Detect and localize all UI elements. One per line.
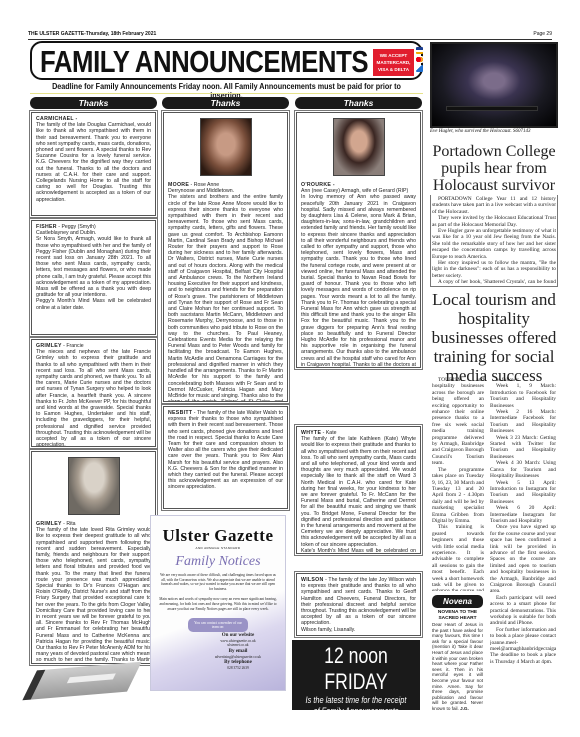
notice-body: Sr Nora Smyth, Armagh, would like to tha… xyxy=(36,236,151,298)
notice-body: The family of the late loved Rita Grimle… xyxy=(36,527,151,664)
noon-friday-deadline-ad: 12 noon FRIDAY Is the latest time for th… xyxy=(292,640,420,710)
ulster-gazette-family-notices-ad: Ulster Gazette AND ARMAGH STANDARD Famil… xyxy=(150,515,286,691)
notice-body: The family of the late Kathleen (Kate) W… xyxy=(301,436,416,547)
notice-body: The sisters and brothers and the entire … xyxy=(168,194,283,402)
novena-title: NOVENA TO THE SACRED HEART xyxy=(432,610,483,621)
notice-grimley-rita: GRIMLEY - Rita The family of the late lo… xyxy=(31,451,156,664)
notice-location: Derrynoose and Middletown. xyxy=(168,188,234,194)
novena-body: Dear Heart of Jesus in the past I have a… xyxy=(432,622,483,712)
notice-whyte: WHYTE - Kate The family of the late Kath… xyxy=(296,426,421,554)
notice-body: - The family of the late Walter Walsh to… xyxy=(168,410,283,490)
notice-orourke: O'ROURKE - Ann (nee Casey) Armagh, wife … xyxy=(296,112,421,368)
column-header-thanks-2: Thanks xyxy=(162,97,289,109)
family-announcements-banner: FAMILY ANNOUNCEMENTS WE ACCEPT MASTERCAR… xyxy=(30,41,423,80)
notice-body: The nieces and nephews of the late Franc… xyxy=(36,349,151,447)
divider xyxy=(30,93,423,94)
portrait-photo xyxy=(68,457,120,515)
tourism-article-col2: as follows: Week 1, 9 March: Introductio… xyxy=(490,377,556,697)
webcast-photo xyxy=(430,42,558,128)
notice-footer: Kate's Month's Mind Mass will be celebra… xyxy=(301,548,416,554)
notice-name: CARMICHAEL - xyxy=(36,116,78,122)
cross-book-icon xyxy=(22,662,141,701)
notice-grimley-francie: GRIMLEY - Francie The nieces and nephews… xyxy=(31,339,156,447)
notice-carmichael: CARMICHAEL - The family of the late Doug… xyxy=(31,112,156,216)
tourism-article-col1: TOURISM and hospitality businesses acros… xyxy=(432,377,484,591)
subtitle-bar xyxy=(446,106,538,111)
notice-body: - The family of the late Joy Wilson wish… xyxy=(301,577,416,626)
notice-location: Ann (nee Casey) Armagh, wife of Gerard (… xyxy=(301,188,408,194)
page-number: Page 29 xyxy=(533,31,552,37)
novena-initials: J.G. xyxy=(460,706,469,711)
notice-location: Castleblayney and Dublin. xyxy=(36,230,96,236)
notice-fisher: FISHER - Peggy (Smyth) Castleblayney and… xyxy=(31,220,156,335)
notice-body: The family of the late Douglas Carmichae… xyxy=(36,122,151,202)
ad-masthead: Ulster Gazette xyxy=(151,526,285,546)
paper-date: THE ULSTER GAZETTE-Thursday, 18th Februa… xyxy=(28,31,156,37)
ad-heading: Family Notices xyxy=(151,554,285,570)
email-link: advertising@ulstergazette.co.uk xyxy=(191,655,285,660)
notice-footer: Peggy's Month's Mind Mass will be celebr… xyxy=(36,298,151,310)
ad-contact: On our website www.ulstergazette.co.uk u… xyxy=(191,634,285,670)
payment-cards xyxy=(416,47,423,74)
tourism-headline: Local tourism and hospitality businesses… xyxy=(430,290,558,385)
notice-moore: MOORE - Rose Anne Derrynoose and Middlet… xyxy=(163,112,288,402)
holocaust-article-body: PORTADOWN College Year 11 and 12 history… xyxy=(432,196,556,286)
notice-footer: Wilson family, Lisanally. xyxy=(301,627,355,633)
card-acceptance-badge: WE ACCEPT MASTERCARD, VISA & DELTA xyxy=(373,49,414,76)
mastercard-icon xyxy=(416,56,423,63)
holocaust-headline: Portadown College pupils hear from Holoc… xyxy=(430,143,558,194)
banner-title: FAMILY ANNOUNCEMENTS xyxy=(40,45,368,79)
column-header-thanks-1: Thanks xyxy=(30,97,157,109)
page-masthead: THE ULSTER GAZETTE-Thursday, 18th Februa… xyxy=(28,30,552,40)
photo-caption: Eve Hugler, who survived the Holocaust. … xyxy=(430,129,558,134)
portrait-photo xyxy=(333,118,385,176)
delta-icon xyxy=(416,65,423,72)
visa-icon xyxy=(416,47,423,54)
portrait-photo xyxy=(200,118,252,176)
column-header-thanks-3: Thanks xyxy=(295,97,422,109)
notice-nesbitt: NESBITT - The family of the late Walter … xyxy=(163,406,288,509)
notice-body: In loving memory of Ann who passed away … xyxy=(301,194,416,368)
novena-header: Novena xyxy=(432,595,483,608)
notice-wilson: WILSON - The family of the late Joy Wils… xyxy=(296,573,421,636)
phone-number: 028 3752 2639 xyxy=(191,666,285,671)
contact-pill: You can contact a member of our team on: xyxy=(188,618,248,632)
